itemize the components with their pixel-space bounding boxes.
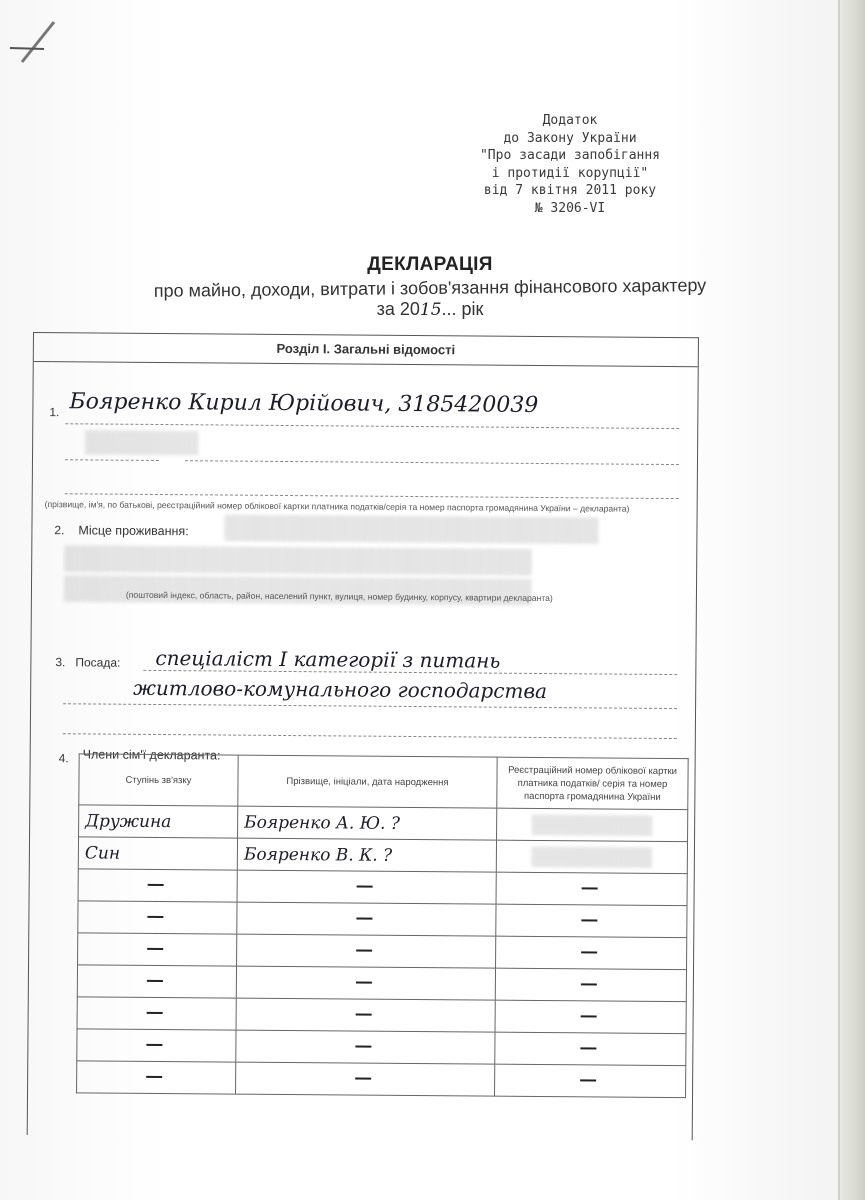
col-id: Реєстраційний номер облікової картки пла… bbox=[497, 757, 688, 809]
scanner-edge bbox=[838, 0, 865, 1200]
item-number: 4. bbox=[59, 751, 69, 765]
table-row bbox=[77, 965, 686, 1002]
family-id-cell bbox=[495, 1000, 686, 1033]
table-row bbox=[78, 901, 687, 938]
family-name-cell bbox=[236, 1062, 495, 1096]
position-value-line-1: спеціаліст I категорії з питань bbox=[155, 646, 500, 673]
col-relation: Ступінь зв'язку bbox=[79, 754, 238, 806]
redacted-address-line-1: ████████████████████████ bbox=[224, 515, 598, 544]
table-row bbox=[77, 1061, 686, 1098]
title-year: за 2015... рік bbox=[80, 299, 780, 320]
family-name-cell bbox=[236, 966, 495, 1000]
item-2-residence: 2. Місце проживання: ███████████████████… bbox=[44, 513, 679, 618]
family-id-cell bbox=[496, 904, 687, 937]
year-prefix: за 20 bbox=[377, 299, 420, 319]
family-id-cell: ██████████ bbox=[496, 840, 687, 873]
family-relation-cell bbox=[77, 997, 236, 1030]
family-relation-cell bbox=[77, 1029, 236, 1062]
year-handwritten: 15 bbox=[420, 300, 442, 320]
item-1-full-name: 1. Бояренко Кирил Юрійович, 3185420039 █… bbox=[45, 375, 680, 490]
document-title: ДЕКЛАРАЦІЯ про майно, доходи, витрати і … bbox=[80, 254, 780, 320]
family-name-cell: Бояренко В. К. ? bbox=[237, 838, 496, 872]
family-id-cell bbox=[495, 1032, 686, 1065]
appendix-line: і протидії корупції" bbox=[440, 165, 700, 183]
item-number: 3. bbox=[55, 655, 65, 669]
law-appendix-note: Додаток до Закону України "Про засади за… bbox=[440, 112, 700, 217]
table-row: СинБояренко В. К. ?██████████ bbox=[78, 837, 687, 874]
table-row bbox=[77, 997, 686, 1034]
table-row bbox=[78, 933, 687, 970]
appendix-line: від 7 квітня 2011 року bbox=[440, 182, 700, 200]
redacted-passport: ████████ bbox=[85, 431, 199, 455]
position-value-line-2: житлово-комунального господарства bbox=[133, 676, 547, 703]
residence-label: Місце проживання: bbox=[78, 523, 188, 538]
item-number: 2. bbox=[54, 523, 64, 537]
family-name-cell bbox=[237, 870, 496, 904]
family-name-cell bbox=[236, 998, 495, 1032]
table-row bbox=[78, 869, 687, 906]
family-relation-cell: Син bbox=[78, 837, 237, 870]
family-name-cell: Бояренко А. Ю. ? bbox=[238, 806, 497, 840]
scanned-page: Додаток до Закону України "Про засади за… bbox=[0, 0, 838, 1200]
family-relation-cell: Дружина bbox=[79, 805, 238, 838]
redacted-address-line-2: ██████████████████████████████ bbox=[64, 545, 532, 575]
appendix-line: до Закону України bbox=[440, 130, 700, 148]
family-id-cell bbox=[495, 1064, 686, 1097]
family-id-cell bbox=[496, 936, 687, 969]
table-row bbox=[77, 1029, 686, 1066]
family-name-cell bbox=[236, 1030, 495, 1064]
family-relation-cell bbox=[78, 869, 237, 902]
declarant-name-value: Бояренко Кирил Юрійович, 3185420039 bbox=[69, 389, 538, 418]
pen-check-mark-icon bbox=[8, 18, 68, 68]
col-name: Прізвище, ініціали, дата народження bbox=[238, 755, 497, 808]
title-heading: ДЕКЛАРАЦІЯ bbox=[80, 254, 780, 276]
appendix-line: "Про засади запобігання bbox=[440, 147, 700, 165]
table-row: ДружинаБояренко А. Ю. ?██████████ bbox=[79, 805, 688, 842]
item-3-position: 3. Посада: спеціаліст I категорії з пита… bbox=[43, 633, 678, 728]
family-id-cell bbox=[495, 968, 686, 1001]
section-frame: Розділ I. Загальні відомості 1. Бояренко… bbox=[27, 332, 699, 1140]
appendix-line: № 3206-VI bbox=[440, 200, 700, 218]
family-name-cell bbox=[237, 934, 496, 968]
appendix-line: Додаток bbox=[440, 112, 700, 130]
family-members-table: Ступінь зв'язку Прізвище, ініціали, дата… bbox=[76, 753, 689, 1098]
item-number: 1. bbox=[49, 405, 59, 419]
family-relation-cell bbox=[78, 901, 237, 934]
position-label: Посада: bbox=[75, 655, 120, 669]
section-heading: Розділ I. Загальні відомості bbox=[34, 333, 698, 367]
year-suffix: ... рік bbox=[442, 299, 484, 319]
item-1-hint: (прізвище, ім'я, по батькові, реєстрацій… bbox=[45, 499, 630, 514]
family-relation-cell bbox=[78, 933, 237, 966]
family-name-cell bbox=[237, 902, 496, 936]
family-id-cell: ██████████ bbox=[497, 808, 688, 841]
family-relation-cell bbox=[77, 965, 236, 998]
family-id-cell bbox=[496, 872, 687, 905]
family-relation-cell bbox=[77, 1061, 236, 1094]
